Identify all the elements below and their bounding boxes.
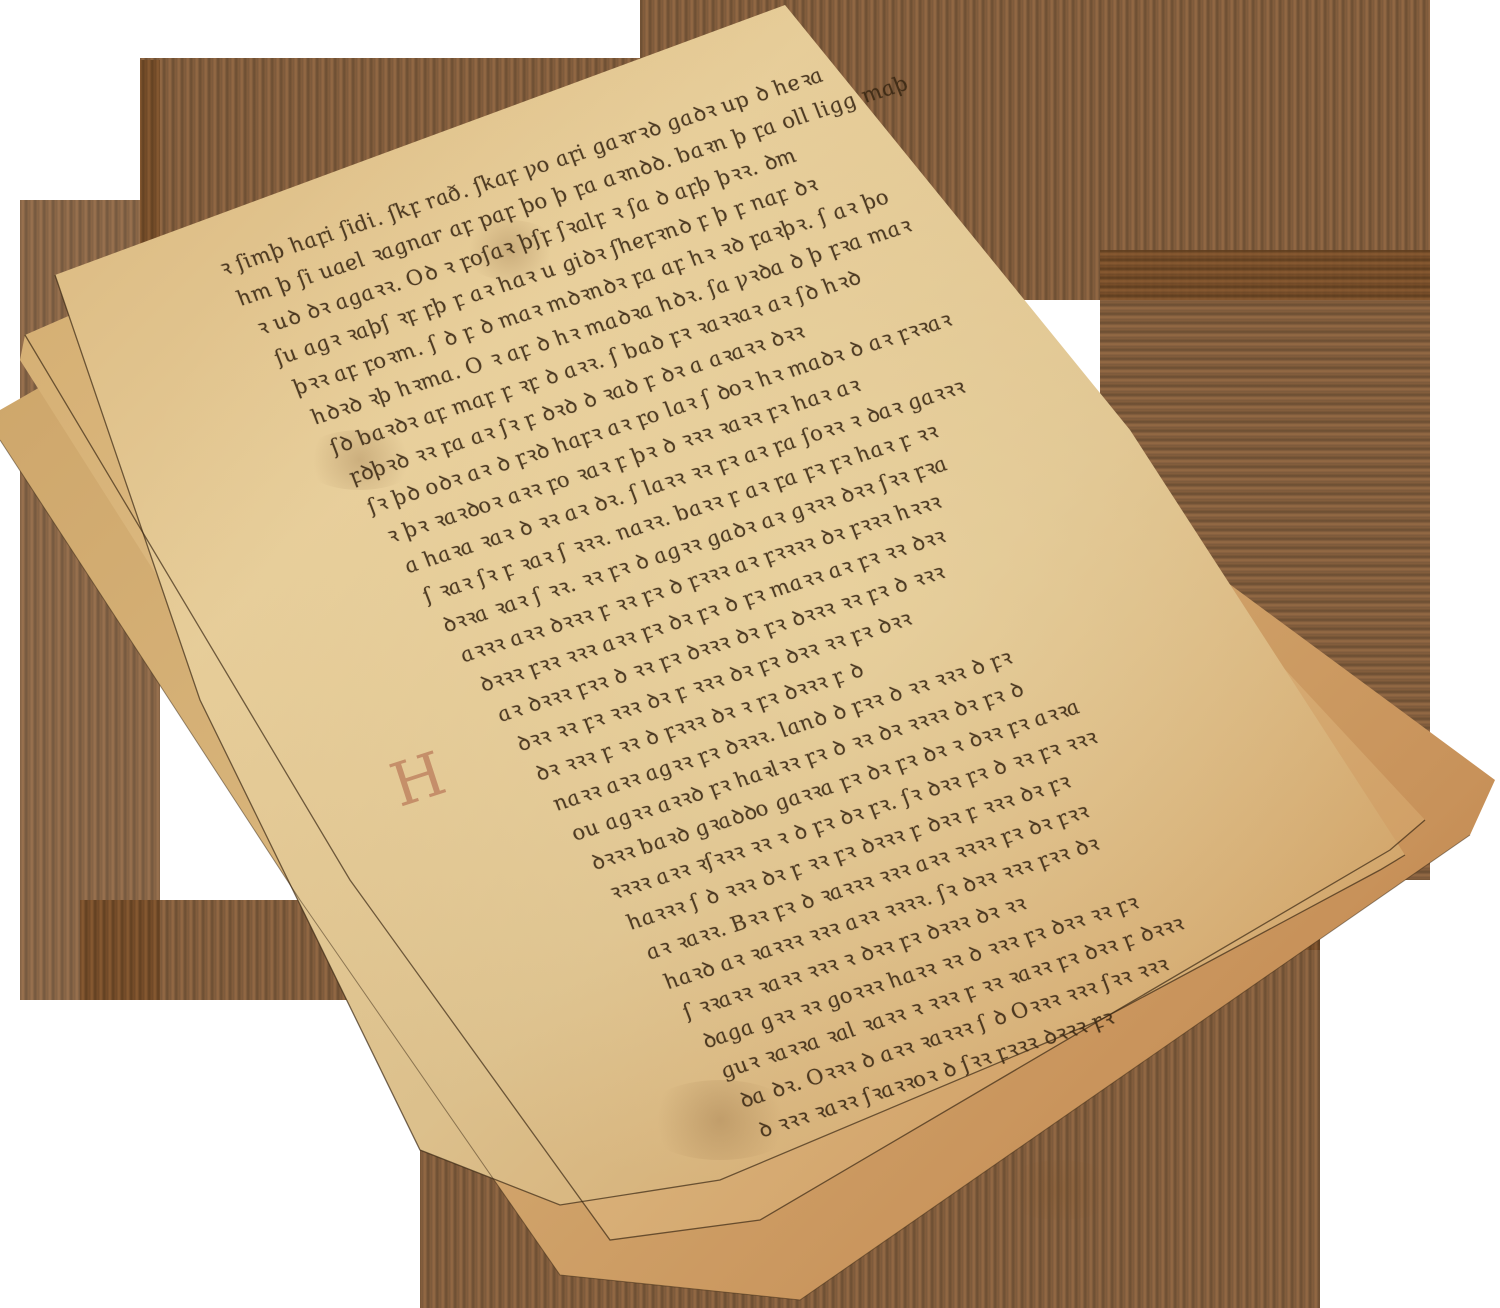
white-block-bottom-left [0, 1000, 420, 1308]
white-block-top-left-2 [0, 0, 140, 200]
stain [1000, 1160, 1120, 1220]
